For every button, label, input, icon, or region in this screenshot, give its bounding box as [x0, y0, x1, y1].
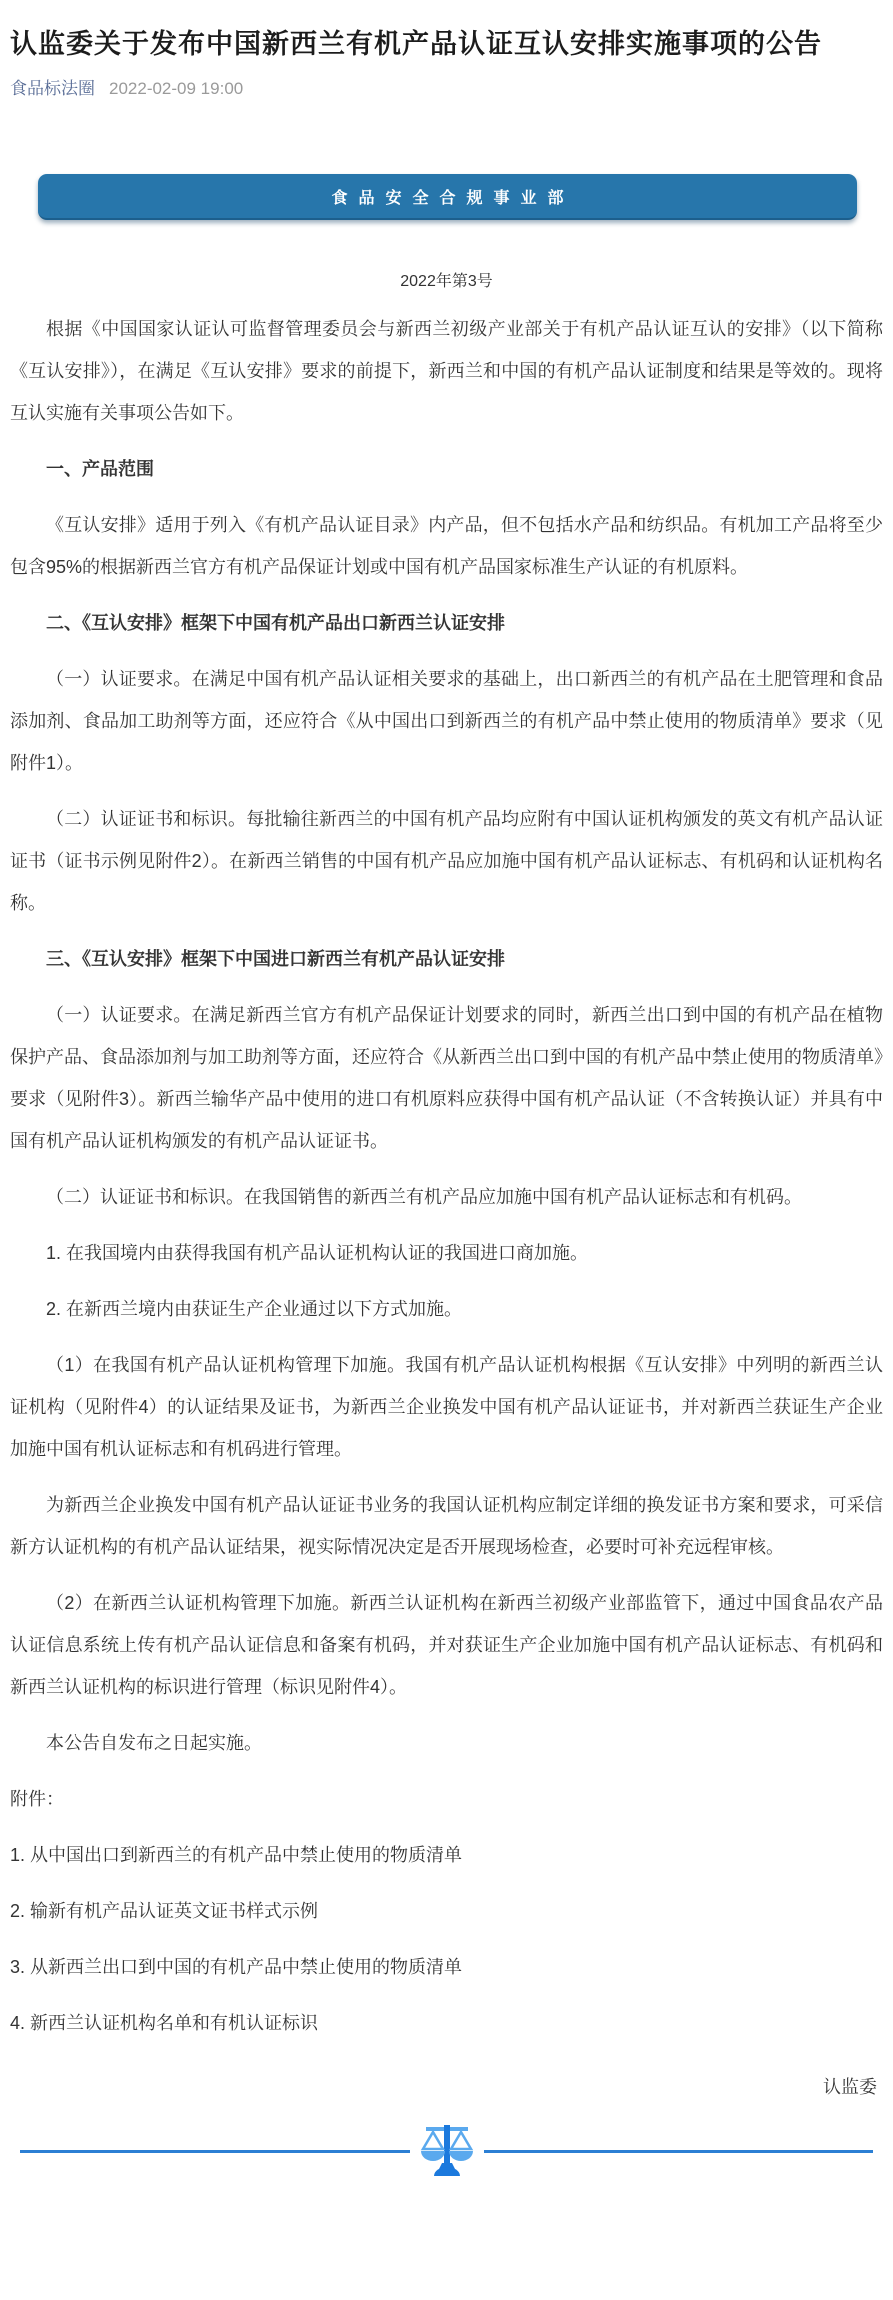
divider-line-left [20, 2150, 410, 2153]
attachment-item: 4. 新西兰认证机构名单和有机认证标识 [10, 2002, 883, 2044]
source-account-link[interactable]: 食品标法圈 [10, 79, 95, 98]
footer-divider [20, 2124, 873, 2178]
document-number: 2022年第3号 [10, 270, 883, 294]
article-title: 认监委关于发布中国新西兰有机产品认证互认安排实施事项的公告 [10, 24, 883, 64]
section-heading-3: 三、《互认安排》框架下中国进口新西兰有机产品认证安排 [10, 938, 883, 980]
issuer-signature: 认监委 [10, 2066, 877, 2108]
paragraph: （1）在我国有机产品认证机构管理下加施。我国有机产品认证机构根据《互认安排》中列… [10, 1344, 883, 1470]
publish-time: 2022-02-09 19:00 [109, 79, 243, 98]
paragraph: （一）认证要求。在满足中国有机产品认证相关要求的基础上，出口新西兰的有机产品在土… [10, 658, 883, 784]
department-banner-label: 食品安全合规事业部 [320, 185, 574, 208]
section-heading-1: 一、产品范围 [10, 448, 883, 490]
attachments-label: 附件： [10, 1778, 883, 1820]
balance-scale-icon [419, 2124, 475, 2178]
paragraph: （一）认证要求。在满足新西兰官方有机产品保证计划要求的同时，新西兰出口到中国的有… [10, 994, 883, 1162]
paragraph: 1. 在我国境内由获得我国有机产品认证机构认证的我国进口商加施。 [10, 1232, 883, 1274]
paragraph: 本公告自发布之日起实施。 [10, 1722, 883, 1764]
paragraph: 2. 在新西兰境内由获证生产企业通过以下方式加施。 [10, 1288, 883, 1330]
article-page: 认监委关于发布中国新西兰有机产品认证互认安排实施事项的公告 食品标法圈2022-… [0, 0, 893, 2178]
attachments-section: 附件： 1. 从中国出口到新西兰的有机产品中禁止使用的物质清单 2. 输新有机产… [10, 1778, 883, 2044]
paragraph: （二）认证证书和标识。每批输往新西兰的中国有机产品均应附有中国认证机构颁发的英文… [10, 798, 883, 924]
paragraph: （2）在新西兰认证机构管理下加施。新西兰认证机构在新西兰初级产业部监管下，通过中… [10, 1582, 883, 1708]
article-body: 根据《中国国家认证认可监督管理委员会与新西兰初级产业部关于有机产品认证互认的安排… [10, 308, 883, 1764]
department-banner: 食品安全合规事业部 [38, 174, 857, 220]
byline: 食品标法圈2022-02-09 19:00 [10, 78, 883, 100]
paragraph: 《互认安排》适用于列入《有机产品认证目录》内产品，但不包括水产品和纺织品。有机加… [10, 504, 883, 588]
paragraph: 根据《中国国家认证认可监督管理委员会与新西兰初级产业部关于有机产品认证互认的安排… [10, 308, 883, 434]
section-heading-2: 二、《互认安排》框架下中国有机产品出口新西兰认证安排 [10, 602, 883, 644]
attachment-item: 2. 输新有机产品认证英文证书样式示例 [10, 1890, 883, 1932]
paragraph: 为新西兰企业换发中国有机产品认证证书业务的我国认证机构应制定详细的换发证书方案和… [10, 1484, 883, 1568]
divider-line-right [484, 2150, 874, 2153]
paragraph: （二）认证证书和标识。在我国销售的新西兰有机产品应加施中国有机产品认证标志和有机… [10, 1176, 883, 1218]
attachment-item: 1. 从中国出口到新西兰的有机产品中禁止使用的物质清单 [10, 1834, 883, 1876]
attachment-item: 3. 从新西兰出口到中国的有机产品中禁止使用的物质清单 [10, 1946, 883, 1988]
